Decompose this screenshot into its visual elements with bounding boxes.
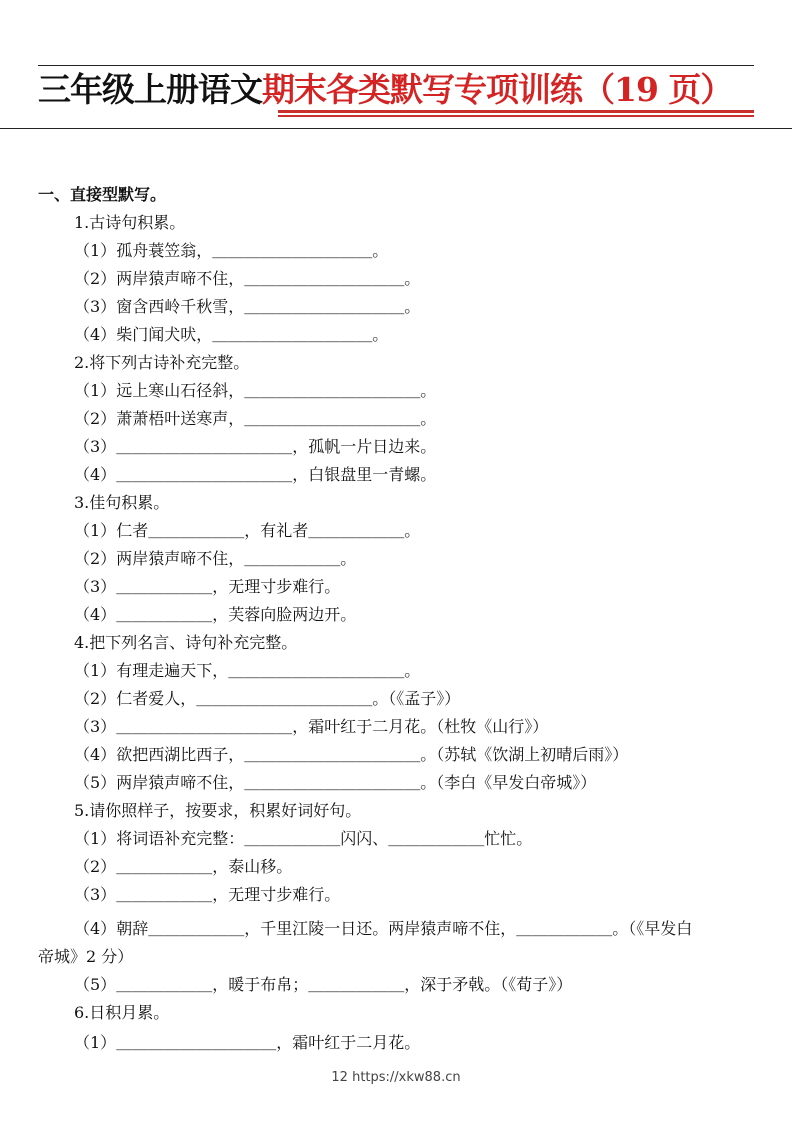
- question-item: （4）柴门闻犬吠，＿＿＿＿＿＿＿＿＿＿。: [74, 324, 388, 346]
- answer-blank[interactable]: ＿＿＿＿＿＿＿＿＿＿＿: [116, 437, 292, 456]
- question-item: （4）＿＿＿＿＿＿，芙蓉向脸两边开。: [74, 604, 356, 626]
- title-grade: 三年级上册语文: [38, 70, 262, 109]
- question-item: （1）将词语补充完整：＿＿＿＿＿＿闪闪、＿＿＿＿＿＿忙忙。: [74, 828, 532, 850]
- question-item: （2）两岸猿声啼不住，＿＿＿＿＿＿＿＿＿＿。: [74, 268, 420, 290]
- question-item: （2）萧萧梧叶送寒声，＿＿＿＿＿＿＿＿＿＿＿。: [74, 408, 436, 430]
- question-item: （5）＿＿＿＿＿＿，暖于布帛；＿＿＿＿＿＿，深于矛戟。（《荀子》）: [74, 974, 572, 996]
- answer-blank[interactable]: ＿＿＿＿＿＿＿＿＿＿＿: [244, 773, 420, 792]
- answer-blank[interactable]: ＿＿＿＿＿＿: [244, 549, 340, 568]
- question-item: （2）仁者爱人，＿＿＿＿＿＿＿＿＿＿＿。（《孟子》）: [74, 688, 460, 710]
- question-item: （3）＿＿＿＿＿＿＿＿＿＿＿，霜叶红于二月花。（杜牧《山行》）: [74, 716, 548, 738]
- group-title: 4.把下列名言、诗句补充完整。: [74, 632, 297, 654]
- header-top-rule: [38, 65, 754, 66]
- answer-blank[interactable]: ＿＿＿＿＿＿＿＿＿＿＿: [244, 381, 420, 400]
- group-title: 1.古诗句积累。: [74, 212, 185, 234]
- question-item: （3）＿＿＿＿＿＿＿＿＿＿＿，孤帆一片日边来。: [74, 436, 436, 458]
- question-item: （2）＿＿＿＿＿＿，泰山移。: [74, 856, 292, 878]
- answer-blank[interactable]: ＿＿＿＿＿＿: [148, 919, 244, 938]
- title-topic: 期末各类默写专项训练（19 页）: [262, 70, 732, 109]
- answer-blank[interactable]: ＿＿＿＿＿＿＿＿＿＿: [244, 269, 404, 288]
- group-title: 2.将下列古诗补充完整。: [74, 352, 249, 374]
- question-item: （1）＿＿＿＿＿＿＿＿＿＿，霜叶红于二月花。: [74, 1032, 420, 1054]
- answer-blank[interactable]: ＿＿＿＿＿＿: [116, 975, 212, 994]
- question-item: （1）有理走遍天下，＿＿＿＿＿＿＿＿＿＿＿。: [74, 660, 420, 682]
- answer-blank[interactable]: ＿＿＿＿＿＿＿＿＿＿＿: [116, 717, 292, 736]
- answer-blank[interactable]: ＿＿＿＿＿＿: [116, 857, 212, 876]
- answer-blank[interactable]: ＿＿＿＿＿＿: [148, 521, 244, 540]
- answer-blank[interactable]: ＿＿＿＿＿＿＿＿＿＿＿: [244, 745, 420, 764]
- group-title: 3.佳句积累。: [74, 492, 169, 514]
- question-item: （4）朝辞＿＿＿＿＿＿，千里江陵一日还。两岸猿声啼不住，＿＿＿＿＿＿。（《早发白: [74, 918, 692, 940]
- group-title: 6.日积月累。: [74, 1002, 169, 1024]
- group-title: 5.请你照样子，按要求，积累好词好句。: [74, 800, 361, 822]
- header-bottom-rule: [0, 128, 792, 129]
- question-item: （3）窗含西岭千秋雪，＿＿＿＿＿＿＿＿＿＿。: [74, 296, 420, 318]
- section-heading: 一、直接型默写。: [38, 184, 166, 206]
- title-double-underline: [278, 110, 754, 117]
- question-item: （3）＿＿＿＿＿＿，无理寸步难行。: [74, 884, 340, 906]
- answer-blank[interactable]: ＿＿＿＿＿＿＿＿＿＿: [116, 1033, 276, 1052]
- page-title: 三年级上册语文期末各类默写专项训练（19 页）: [38, 70, 732, 110]
- answer-blank[interactable]: ＿＿＿＿＿＿＿＿＿＿＿: [196, 689, 372, 708]
- question-item: （1）仁者＿＿＿＿＿＿，有礼者＿＿＿＿＿＿。: [74, 520, 420, 542]
- answer-blank[interactable]: ＿＿＿＿＿＿: [308, 521, 404, 540]
- answer-blank[interactable]: ＿＿＿＿＿＿: [116, 605, 212, 624]
- answer-blank[interactable]: ＿＿＿＿＿＿＿＿＿＿＿: [244, 409, 420, 428]
- answer-blank[interactable]: ＿＿＿＿＿＿＿＿＿＿＿: [228, 661, 404, 680]
- answer-blank[interactable]: ＿＿＿＿＿＿: [116, 577, 212, 596]
- question-item-continuation: 帝城》2 分）: [38, 946, 133, 968]
- question-item: （1）孤舟蓑笠翁，＿＿＿＿＿＿＿＿＿＿。: [74, 240, 388, 262]
- question-item: （4）欲把西湖比西子，＿＿＿＿＿＿＿＿＿＿＿。（苏轼《饮湖上初晴后雨》）: [74, 744, 628, 766]
- answer-blank[interactable]: ＿＿＿＿＿＿: [244, 829, 340, 848]
- answer-blank[interactable]: ＿＿＿＿＿＿: [116, 885, 212, 904]
- question-item: （3）＿＿＿＿＿＿，无理寸步难行。: [74, 576, 340, 598]
- question-item: （4）＿＿＿＿＿＿＿＿＿＿＿，白银盘里一青螺。: [74, 464, 436, 486]
- answer-blank[interactable]: ＿＿＿＿＿＿＿＿＿＿＿: [116, 465, 292, 484]
- answer-blank[interactable]: ＿＿＿＿＿＿＿＿＿＿: [244, 297, 404, 316]
- question-item: （5）两岸猿声啼不住，＿＿＿＿＿＿＿＿＿＿＿。（李白《早发白帝城》）: [74, 772, 596, 794]
- answer-blank[interactable]: ＿＿＿＿＿＿: [516, 919, 612, 938]
- question-item: （1）远上寒山石径斜，＿＿＿＿＿＿＿＿＿＿＿。: [74, 380, 436, 402]
- answer-blank[interactable]: ＿＿＿＿＿＿＿＿＿＿: [212, 241, 372, 260]
- page-footer: 12 https://xkw88.cn: [0, 1070, 792, 1085]
- answer-blank[interactable]: ＿＿＿＿＿＿＿＿＿＿: [212, 325, 372, 344]
- question-item: （2）两岸猿声啼不住，＿＿＿＿＿＿。: [74, 548, 356, 570]
- answer-blank[interactable]: ＿＿＿＿＿＿: [308, 975, 404, 994]
- answer-blank[interactable]: ＿＿＿＿＿＿: [388, 829, 484, 848]
